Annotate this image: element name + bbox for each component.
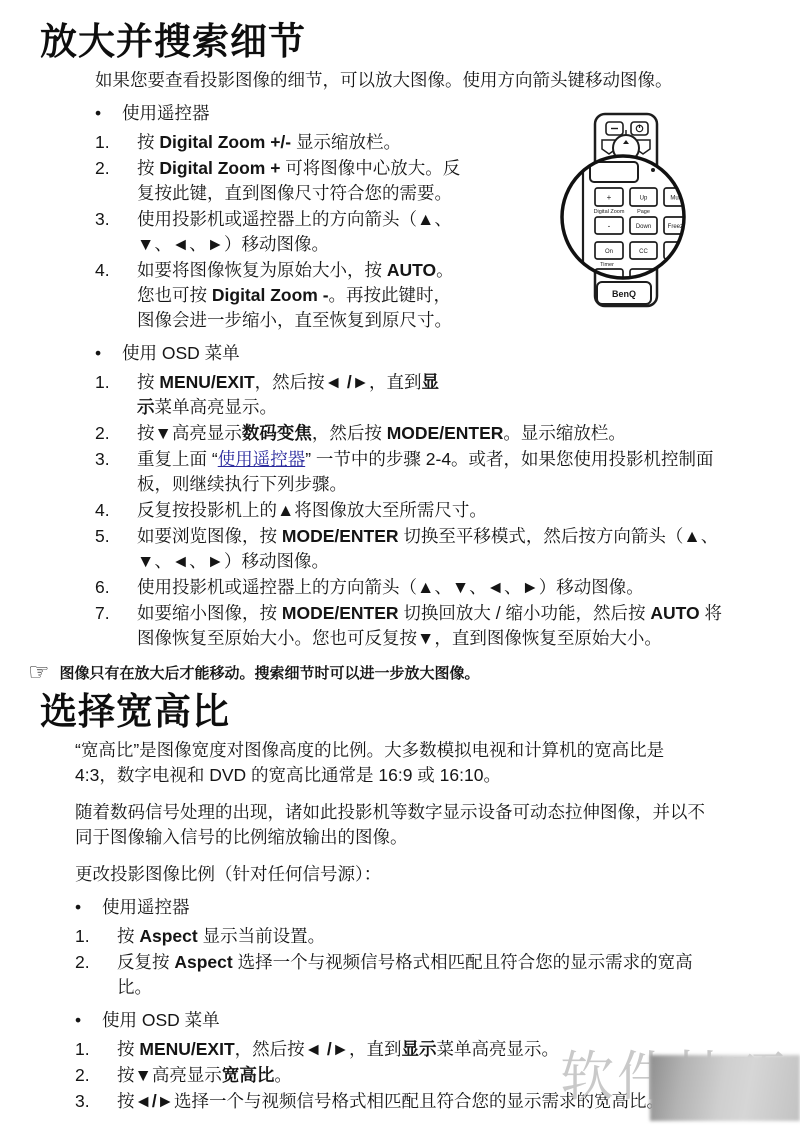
step-text: 按 MENU/EXIT，然后按◄ /►，直到显示菜单高亮显示。 [137,370,800,420]
list-step: 3.重复上面 “使用遥控器” 一节中的步骤 2-4。或者，如果您使用投影机控制面… [95,447,800,497]
lens-dot [651,168,655,172]
section2-title: 选择宽高比 [40,690,800,734]
text-segment: AUTO [387,260,436,280]
step-text: 按 Digital Zoom + 可将图像中心放大。反复按此键，直到图像尺寸符合… [137,156,557,206]
text-segment: 显示 [402,1039,437,1059]
button-digital-zoom-minus: - [608,222,611,231]
text-segment: 将 [700,603,722,623]
bullet-label: 使用 OSD 菜单 [122,341,240,366]
text-segment: 显示当前设置。 [198,926,325,946]
text-segment: 复按此键，直到图像尺寸符合您的需要。 [137,183,452,203]
text-segment: 菜单高亮显示。 [155,397,278,417]
text-segment: 重复上面 “ [137,449,218,469]
label-timer: Timer [600,262,614,268]
button-timer-on: On [605,249,613,255]
step-number: 6. [95,575,137,600]
step-text: 如要将图像恢复为原始大小，按 AUTO。您也可按 Digital Zoom -。… [137,258,557,333]
remote-control-figure: + Up Mute Digital Zoom Page - Down Freez… [550,100,790,315]
text-segment: 按▼高亮显示 [137,423,242,443]
text-segment: 切换回放大 / 缩小功能，然后按 [399,603,651,623]
step-text: 反复按 Aspect 选择一个与视频信号格式相匹配且符合您的显示需求的宽高比。 [117,950,800,1000]
bullet-icon: • [75,895,102,920]
osd-steps-list-1: 1.按 MENU/EXIT，然后按◄ /►，直到显示菜单高亮显示。2.按▼高亮显… [95,370,800,651]
step-number: 1. [95,130,137,155]
bullet-icon: • [95,101,122,126]
text-segment: 按▼高亮显示 [117,1065,222,1085]
text-segment: 使用投影机或遥控器上的方向箭头（▲、▼、◄、►）移动图像。 [137,577,644,597]
step-text: 使用投影机或遥控器上的方向箭头（▲、▼、◄、►）移动图像。 [137,207,557,257]
list-step: 3.使用投影机或遥控器上的方向箭头（▲、▼、◄、►）移动图像。 [95,207,557,257]
bullet-icon: • [75,1008,102,1033]
aspect-para-2: 随着数码信号处理的出现，诸如此投影机等数字显示设备可动态拉伸图像，并以不 同于图… [75,800,800,850]
text-segment: 您也可按 [137,285,212,305]
list-step: 1.按 Digital Zoom +/- 显示缩放栏。 [95,130,557,155]
text-segment: 按 [137,158,159,178]
text-segment: 反复按投影机上的▲将图像放大至所需尺寸。 [137,500,487,520]
text-segment: 使用投影机或遥控器上的方向箭头（▲、 [137,209,452,229]
text-segment: 如要将图像恢复为原始大小，按 [137,260,387,280]
brand-logo: BenQ [612,289,636,299]
text-segment: ◄/► [135,1091,175,1111]
text-segment: 显示缩放栏。 [291,132,401,152]
text-segment: ” 一节中的步骤 2-4。或者，如果您使用投影机控制面 [305,449,713,469]
step-number: 2. [75,1063,117,1088]
list-step: 1.按 MENU/EXIT，然后按◄ /►，直到显示菜单高亮显示。 [95,370,800,420]
text-segment: ，然后按 [255,372,325,392]
list-step: 5.如要浏览图像，按 MODE/ENTER 切换至平移模式，然后按方向箭头（▲、… [95,524,800,574]
step-text: 反复按投影机上的▲将图像放大至所需尺寸。 [137,498,800,523]
step-number: 7. [95,601,137,651]
text-segment: 如要浏览图像，按 [137,526,282,546]
text-segment: 示 [137,397,155,417]
text-segment: 。再按此键时， [329,285,452,305]
magnified-mode-button [590,162,638,182]
step-number: 4. [95,498,137,523]
step-number: 2. [95,421,137,446]
bullet-use-osd-1: • 使用 OSD 菜单 [95,341,800,366]
list-step: 6.使用投影机或遥控器上的方向箭头（▲、▼、◄、►）移动图像。 [95,575,800,600]
step-text: 按▼高亮显示数码变焦，然后按 MODE/ENTER。显示缩放栏。 [137,421,800,446]
text-segment: MENU/EXIT [139,1039,234,1059]
text-segment: ，直到 [349,1039,402,1059]
step-number: 2. [75,950,117,1000]
bullet-use-remote-2: • 使用遥控器 [75,895,800,920]
smudge-overlay [650,1055,800,1121]
text-segment: ▼、◄、►）移动图像。 [137,551,329,571]
step-text: 按 Digital Zoom +/- 显示缩放栏。 [137,130,557,155]
text-segment: 。 [436,260,454,280]
text-segment: 按 [117,1039,139,1059]
list-step: 2.按▼高亮显示数码变焦，然后按 MODE/ENTER。显示缩放栏。 [95,421,800,446]
section1-title: 放大并搜索细节 [40,20,800,64]
list-step: 7.如要缩小图像，按 MODE/ENTER 切换回放大 / 缩小功能，然后按 A… [95,601,800,651]
step-number: 1. [95,370,137,420]
aspect-para-1: “宽高比”是图像宽度对图像高度的比例。大多数模拟电视和计算机的宽高比是 4:3，… [75,738,800,788]
text-segment: 数码变焦 [242,423,312,443]
cross-reference-link[interactable]: 使用遥控器 [218,449,306,469]
step-number: 3. [95,447,137,497]
text-segment: 按 [137,132,159,152]
step-number: 1. [75,924,117,949]
text-segment: Aspect [139,926,197,946]
text-segment: AUTO [650,603,699,623]
bullet-label: 使用遥控器 [102,895,190,920]
text-segment: ◄ /► [325,372,369,392]
step-number: 4. [95,258,137,333]
note-text: 图像只有在放大后才能移动。搜索细节时可以进一步放大图像。 [60,663,480,684]
list-step: 4.如要将图像恢复为原始大小，按 AUTO。您也可按 Digital Zoom … [95,258,557,333]
manual-page: 放大并搜索细节 如果您要查看投影图像的细节，可以放大图像。使用方向箭头键移动图像… [0,0,800,1134]
bullet-icon: • [95,341,122,366]
text-segment: 按 [117,926,139,946]
text-segment: Aspect [174,952,232,972]
step-text: 使用投影机或遥控器上的方向箭头（▲、▼、◄、►）移动图像。 [137,575,800,600]
step-text: 如要缩小图像，按 MODE/ENTER 切换回放大 / 缩小功能，然后按 AUT… [137,601,800,651]
button-digital-zoom-plus: + [607,193,612,202]
text-segment: 选择一个与视频信号格式相匹配且符合您的显示需求的宽高 [233,952,693,972]
text-segment: Digital Zoom + [159,158,280,178]
list-step: 4.反复按投影机上的▲将图像放大至所需尺寸。 [95,498,800,523]
text-segment: ，直到 [369,372,422,392]
text-segment: 按 [137,372,159,392]
list-step: 2.反复按 Aspect 选择一个与视频信号格式相匹配且符合您的显示需求的宽高比… [75,950,800,1000]
step-number: 1. [75,1037,117,1062]
button-cc: CC [639,249,648,255]
text-segment: 比。 [117,977,152,997]
text-segment: MODE/ENTER [282,603,399,623]
text-segment: 宽高比 [222,1065,275,1085]
text-segment: 菜单高亮显示。 [437,1039,560,1059]
step-text: 重复上面 “使用遥控器” 一节中的步骤 2-4。或者，如果您使用投影机控制面板，… [137,447,800,497]
text-segment: 显 [422,372,440,392]
pointing-hand-icon: ☞ [28,663,50,683]
remote-control-illustration: + Up Mute Digital Zoom Page - Down Freez… [550,100,790,315]
text-segment: ◄ /► [305,1039,349,1059]
text-segment: 。 [274,1065,292,1085]
list-step: 2.按 Digital Zoom + 可将图像中心放大。反复按此键，直到图像尺寸… [95,156,557,206]
bullet-label: 使用 OSD 菜单 [102,1008,220,1033]
text-segment: 反复按 [117,952,174,972]
remote-steps-list-1: 1.按 Digital Zoom +/- 显示缩放栏。2.按 Digital Z… [95,130,557,333]
remote-power-button [631,122,648,135]
text-segment: MODE/ENTER [387,423,504,443]
button-page-down: Down [636,224,651,230]
text-segment: ，然后按 [235,1039,305,1059]
bullet-label: 使用遥控器 [122,101,210,126]
text-segment: ▼、◄、►）移动图像。 [137,234,329,254]
step-number: 2. [95,156,137,206]
text-segment: 图像恢复至原始大小。您也可反复按▼，直到图像恢复至原始大小。 [137,628,662,648]
label-digital-zoom: Digital Zoom [594,209,625,215]
text-segment: 按 [117,1091,135,1111]
text-segment: MENU/EXIT [159,372,254,392]
text-segment: 可将图像中心放大。反 [280,158,460,178]
text-segment: Digital Zoom +/- [159,132,291,152]
text-segment: 。显示缩放栏。 [503,423,626,443]
note-line: ☞ 图像只有在放大后才能移动。搜索细节时可以进一步放大图像。 [28,663,800,684]
list-step: 1.按 Aspect 显示当前设置。 [75,924,800,949]
step-text: 如要浏览图像，按 MODE/ENTER 切换至平移模式，然后按方向箭头（▲、▼、… [137,524,800,574]
bullet-use-osd-2: • 使用 OSD 菜单 [75,1008,800,1033]
text-segment: ，然后按 [312,423,387,443]
label-page: Page [637,209,650,215]
button-page-up: Up [640,196,648,202]
text-segment: Digital Zoom - [212,285,329,305]
remote-steps-list-2: 1.按 Aspect 显示当前设置。2.反复按 Aspect 选择一个与视频信号… [75,924,800,1000]
step-number: 5. [95,524,137,574]
text-segment: 如要缩小图像，按 [137,603,282,623]
text-segment: MODE/ENTER [282,526,399,546]
step-text: 按 Aspect 显示当前设置。 [117,924,800,949]
text-segment: 图像会进一步缩小，直至恢复到原尺寸。 [137,310,452,330]
section1-intro: 如果您要查看投影图像的细节，可以放大图像。使用方向箭头键移动图像。 [95,68,800,93]
text-segment: 切换至平移模式，然后按方向箭头（▲、 [399,526,719,546]
step-number: 3. [75,1089,117,1114]
aspect-para-3: 更改投影图像比例（针对任何信号源）： [75,862,800,887]
text-segment: 板，则继续执行下列步骤。 [137,474,347,494]
step-number: 3. [95,207,137,257]
